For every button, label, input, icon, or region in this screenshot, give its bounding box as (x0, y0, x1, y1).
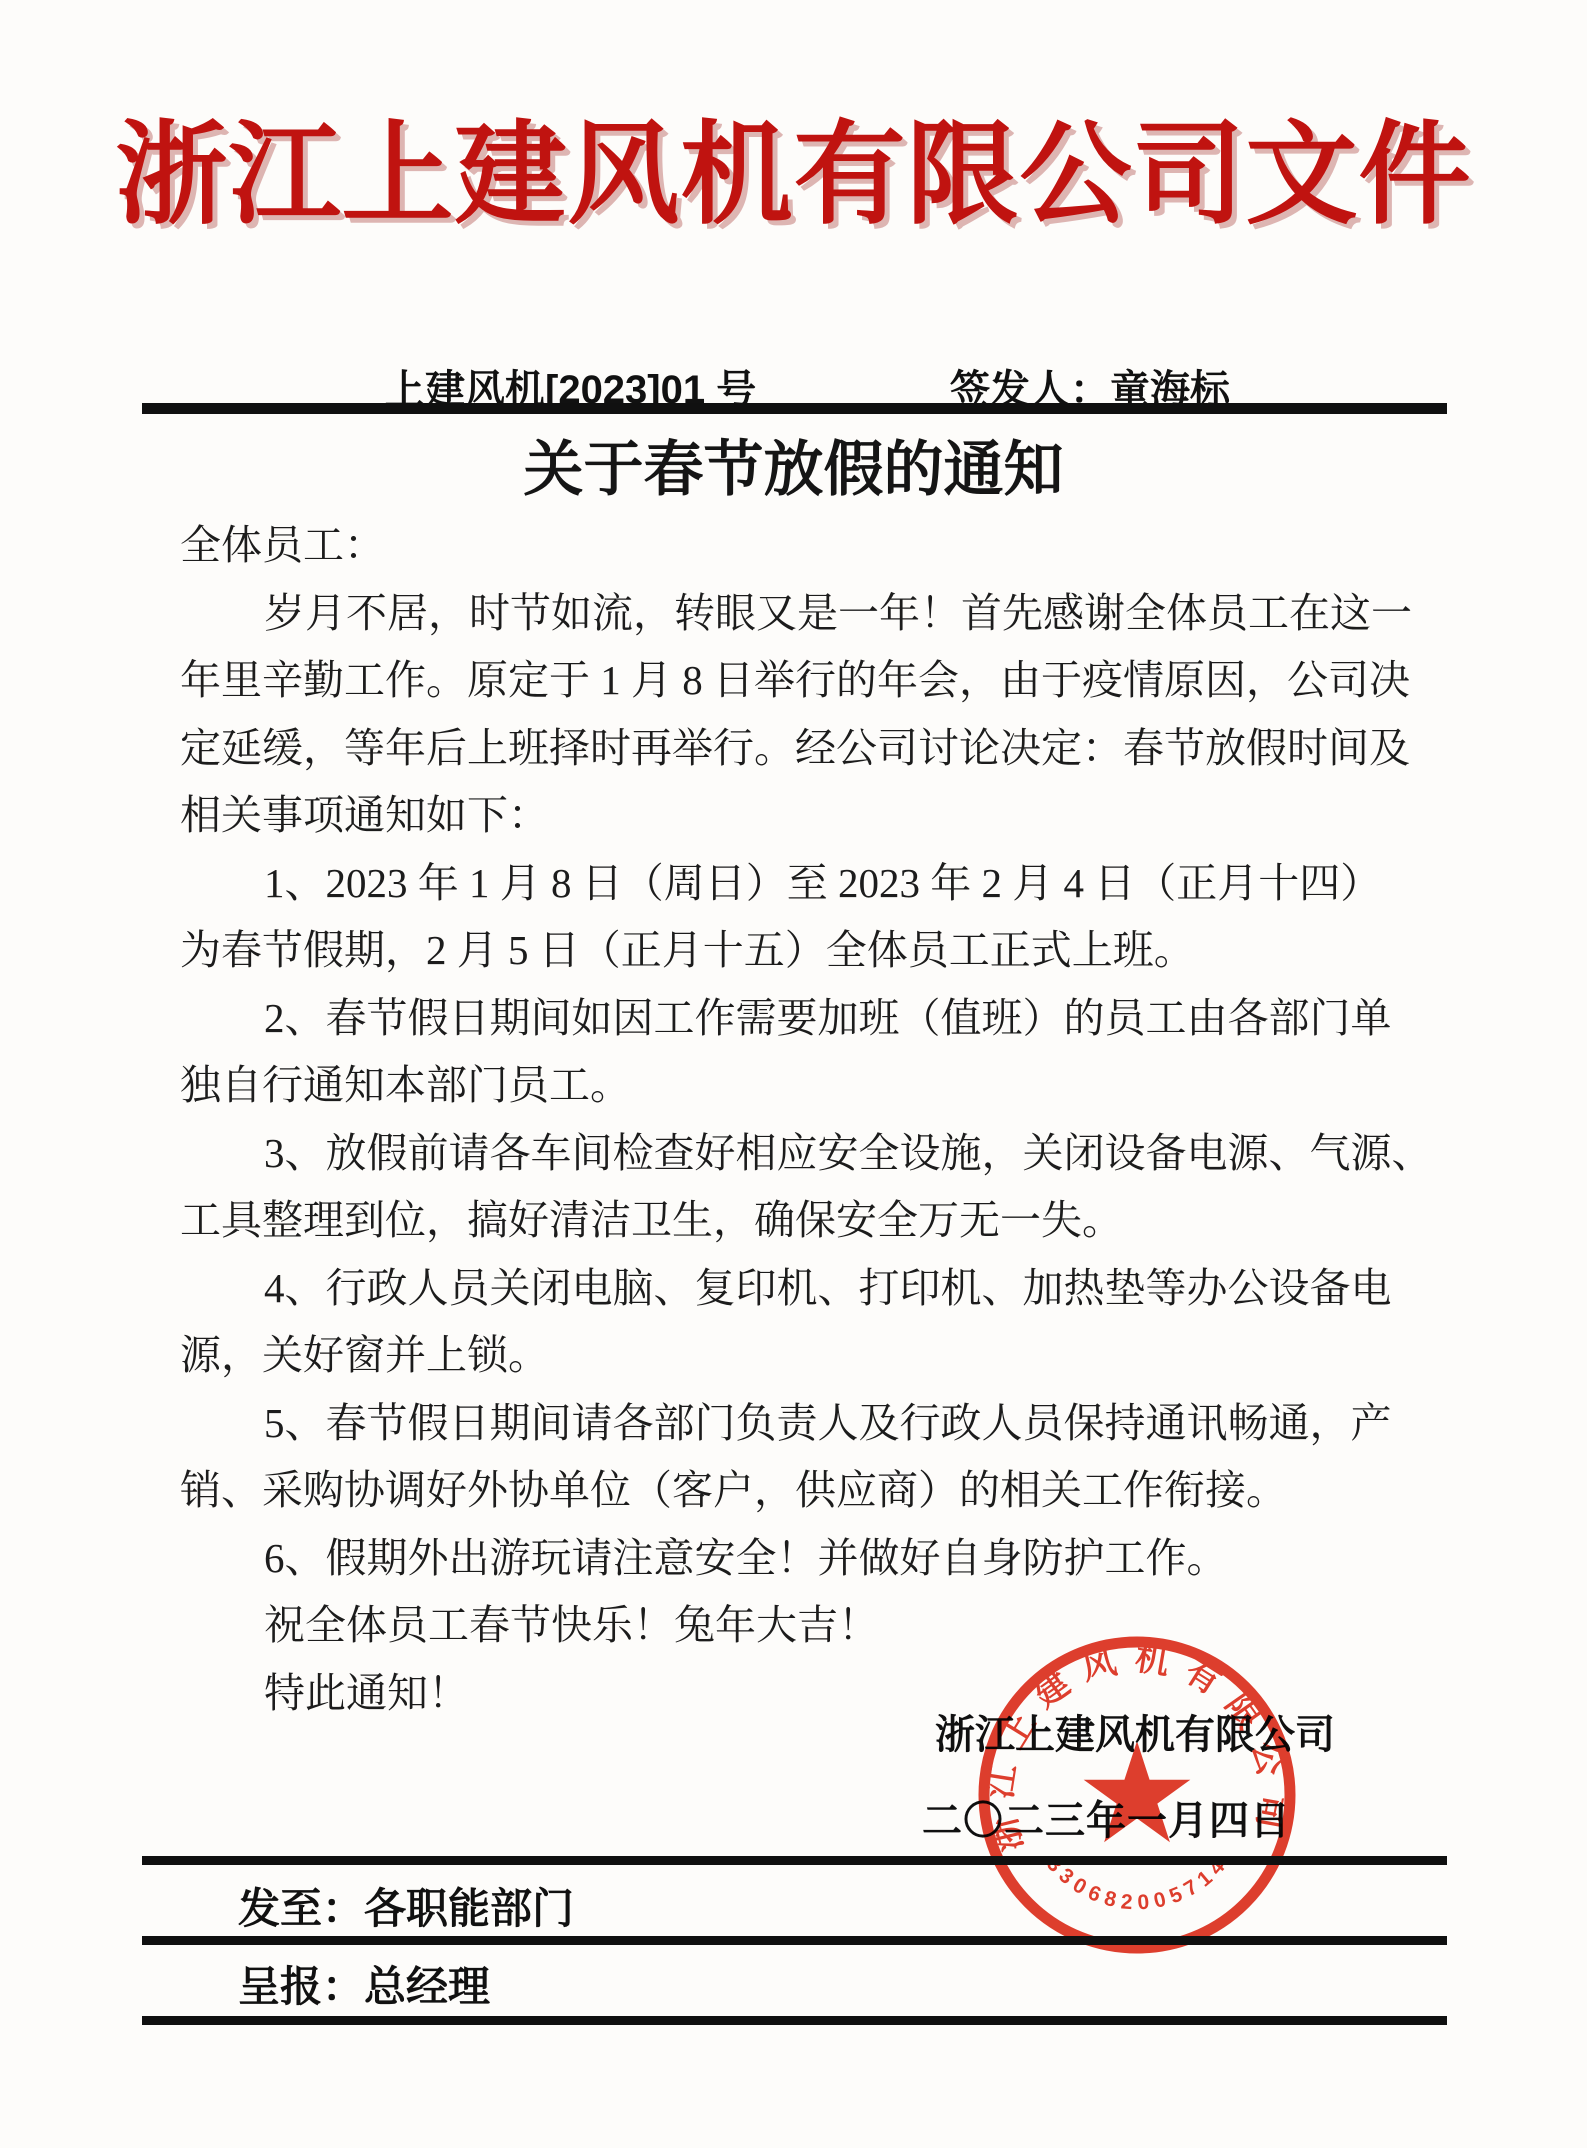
footer-divider-rule-top (142, 1856, 1447, 1865)
body-line: 年里辛勤工作。原定于 1 月 8 日举行的年会，由于疫情原因，公司决 (180, 647, 1450, 715)
seal-star-icon (1084, 1741, 1191, 1842)
body-line: 2、春节假日期间如因工作需要加班（值班）的员工由各部门单 (180, 985, 1450, 1053)
header-divider-rule (142, 403, 1447, 414)
body-line: 4、行政人员关闭电脑、复印机、打印机、加热垫等办公设备电 (180, 1255, 1450, 1323)
letterhead-title: 浙江上建风机有限公司文件 (0, 104, 1587, 250)
notice-body: 全体员工：岁月不居，时节如流，转眼又是一年！首先感谢全体员工在这一年里辛勤工作。… (180, 512, 1450, 1727)
report-row: 呈报：总经理 (238, 1954, 490, 2014)
body-line: 6、假期外出游玩请注意安全！并做好自身防护工作。 (180, 1525, 1450, 1593)
official-document-page: 浙江上建风机有限公司文件 上建风机[2023]01 号 签发人：童海标 关于春节… (0, 0, 1587, 2148)
body-line: 独自行通知本部门员工。 (180, 1052, 1450, 1120)
notice-title: 关于春节放假的通知 (0, 422, 1587, 508)
body-line: 源，关好窗并上锁。 (180, 1322, 1450, 1390)
company-seal: 浙江上建风机有限公司 3306820057141 (972, 1630, 1302, 1960)
body-line: 相关事项通知如下： (180, 782, 1450, 850)
body-line: 为春节假期，2 月 5 日（正月十五）全体员工正式上班。 (180, 917, 1450, 985)
distribution-row: 发至：各职能部门 (238, 1876, 574, 1936)
body-line: 销、采购协调好外协单位（客户，供应商）的相关工作衔接。 (180, 1457, 1450, 1525)
footer-divider-rule-middle (142, 1936, 1447, 1945)
body-line: 1、2023 年 1 月 8 日（周日）至 2023 年 2 月 4 日（正月十… (180, 850, 1450, 918)
body-line: 3、放假前请各车间检查好相应安全设施，关闭设备电源、气源、 (180, 1120, 1450, 1188)
body-line: 全体员工： (180, 512, 1450, 580)
body-line: 定延缓，等年后上班择时再举行。经公司讨论决定：春节放假时间及 (180, 715, 1450, 783)
body-line: 5、春节假日期间请各部门负责人及行政人员保持通讯畅通，产 (180, 1390, 1450, 1458)
body-line: 岁月不居，时节如流，转眼又是一年！首先感谢全体员工在这一 (180, 580, 1450, 648)
footer-divider-rule-bottom (142, 2016, 1447, 2025)
body-line: 工具整理到位，搞好清洁卫生，确保安全万无一失。 (180, 1187, 1450, 1255)
